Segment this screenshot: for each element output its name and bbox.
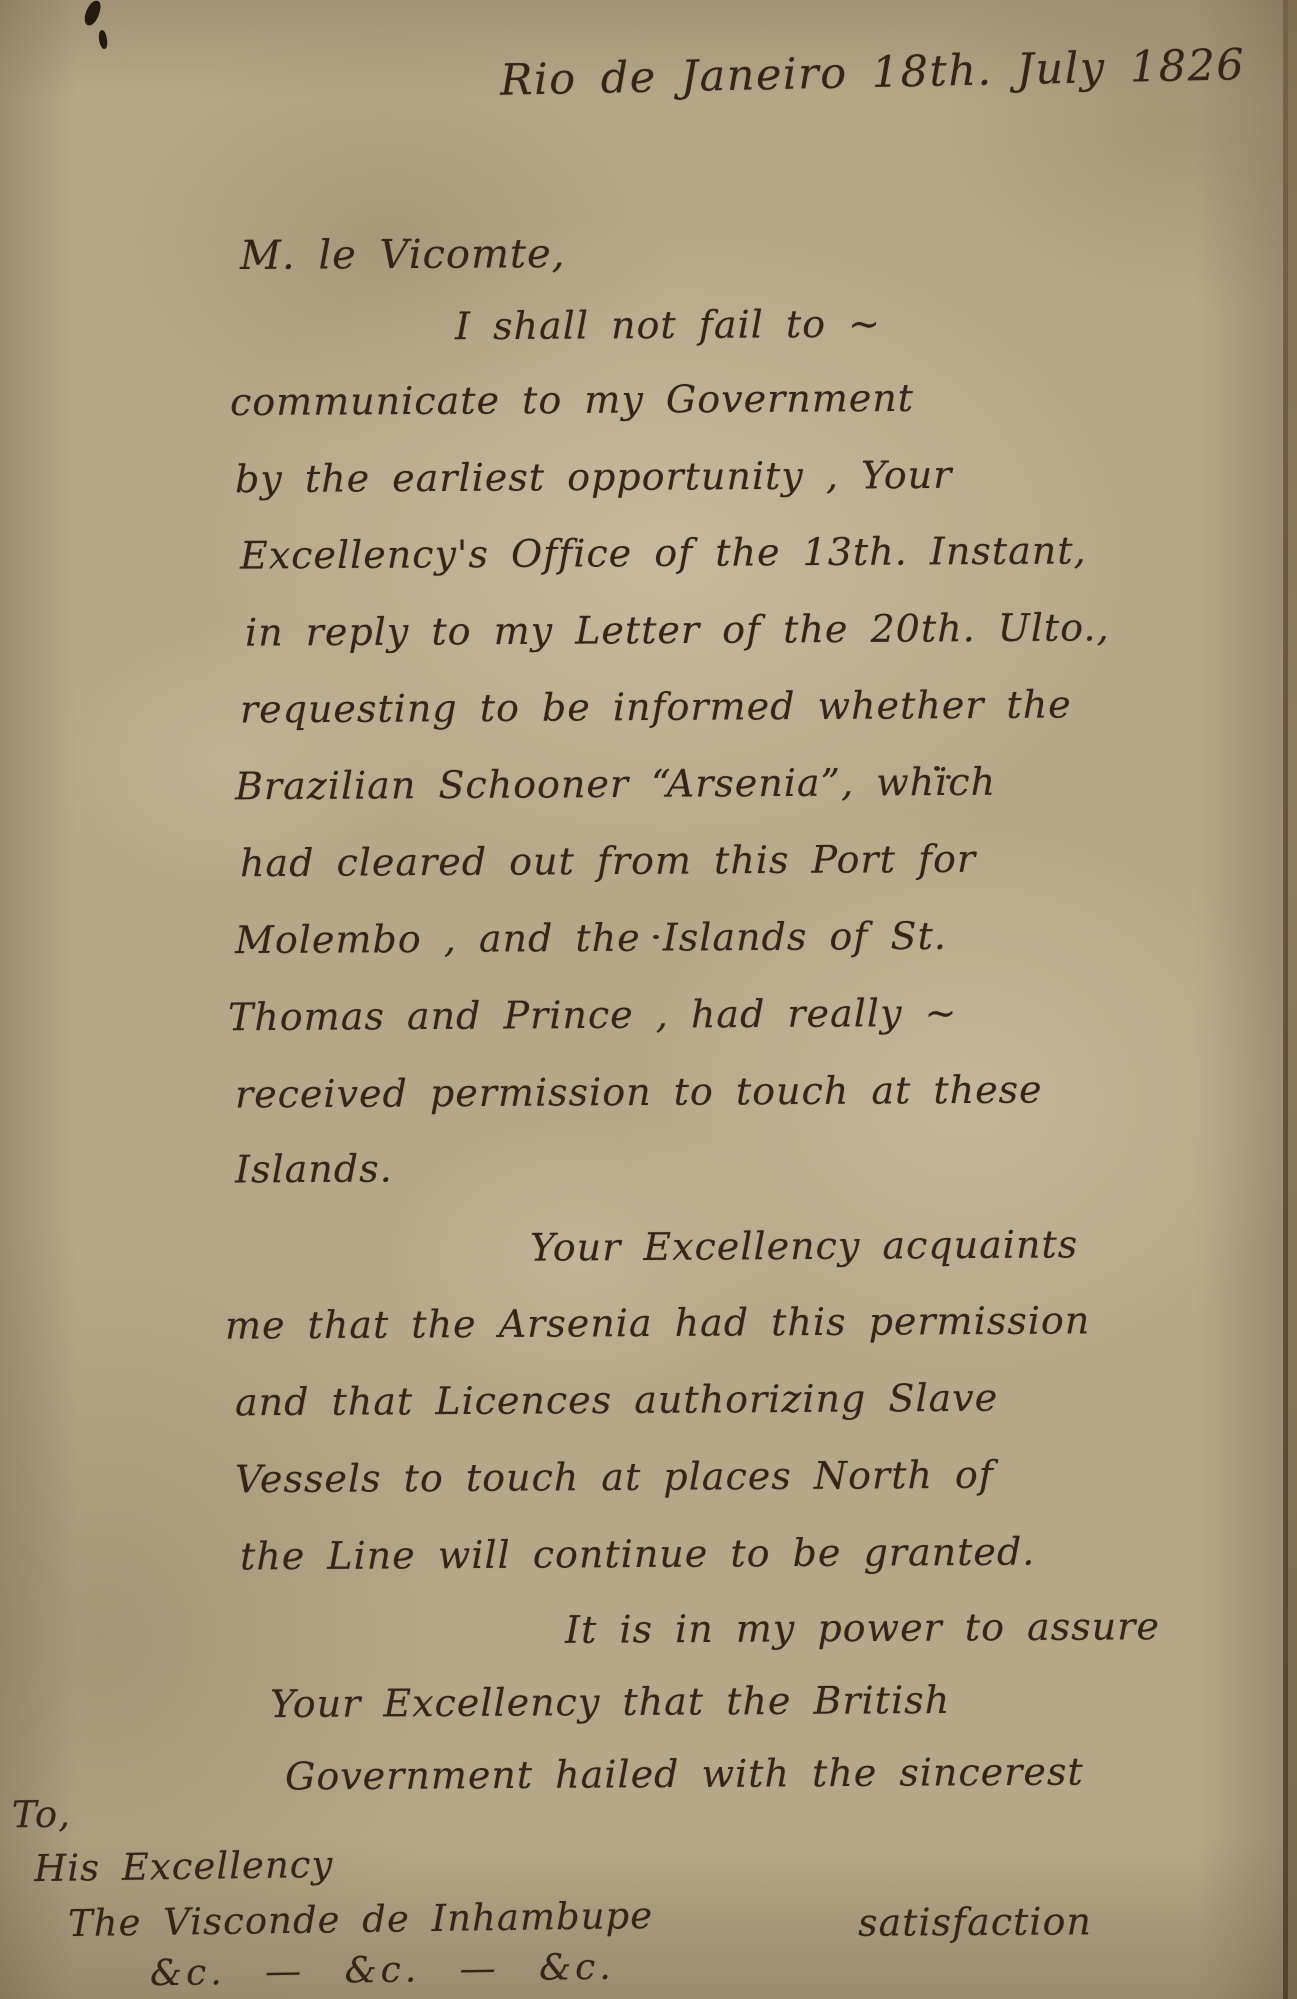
letter-line: me that the Arsenia had this permission xyxy=(225,1298,1091,1347)
letter-line: requesting to be informed whether the xyxy=(240,682,1072,731)
letter-dateline: Rio de Janeiro 18th. July 1826 xyxy=(500,40,1246,106)
letter-line: I shall not fail to ~ xyxy=(455,302,881,349)
ink-spot xyxy=(82,0,102,27)
letter-line: It is in my power to assure xyxy=(565,1604,1160,1652)
letter-line: Vessels to touch at places North of xyxy=(235,1453,994,1502)
address-recipient-name: The Visconde de Inhambupe xyxy=(68,1894,654,1945)
letter-line: and that Licences authorizing Slave xyxy=(235,1376,998,1425)
letter-line: Molembo , and the Islands of St. xyxy=(235,914,947,962)
letter-continuation-word: satisfaction xyxy=(858,1899,1092,1944)
letter-line: Your Excellency acquaints xyxy=(530,1222,1078,1269)
page-outer-margin xyxy=(1288,0,1297,1999)
letter-line: Government hailed with the sincerest xyxy=(285,1750,1084,1799)
address-recipient-title: His Excellency xyxy=(34,1843,334,1890)
letter-line: in reply to my Letter of the 20th. Ulto.… xyxy=(245,605,1110,654)
letter-line: Your Excellency that the British xyxy=(270,1678,950,1726)
address-to: To, xyxy=(12,1793,71,1837)
letter-line: the Line will continue to be granted. xyxy=(240,1530,1036,1579)
letter-line: had cleared out from this Port for xyxy=(240,837,976,885)
letter-line: Brazilian Schooner “Arsenia”, which xyxy=(235,760,996,809)
letter-line: Islands. xyxy=(235,1147,393,1192)
letter-line: received permission to touch at these xyxy=(235,1068,1043,1117)
address-etcetera: &c. — &c. — &c. xyxy=(150,1947,615,1994)
manuscript-page: Rio de Janeiro 18th. July 1826 M. le Vic… xyxy=(0,0,1285,1999)
letter-line: Excellency's Office of the 13th. Instant… xyxy=(240,528,1087,577)
letter-line: communicate to my Government xyxy=(230,376,914,424)
letter-line: by the earliest opportunity , Your xyxy=(235,453,953,501)
letter-salutation: M. le Vicomte, xyxy=(240,231,566,279)
ink-spot xyxy=(97,29,109,49)
letter-line: Thomas and Prince , had really ~ xyxy=(228,991,958,1039)
